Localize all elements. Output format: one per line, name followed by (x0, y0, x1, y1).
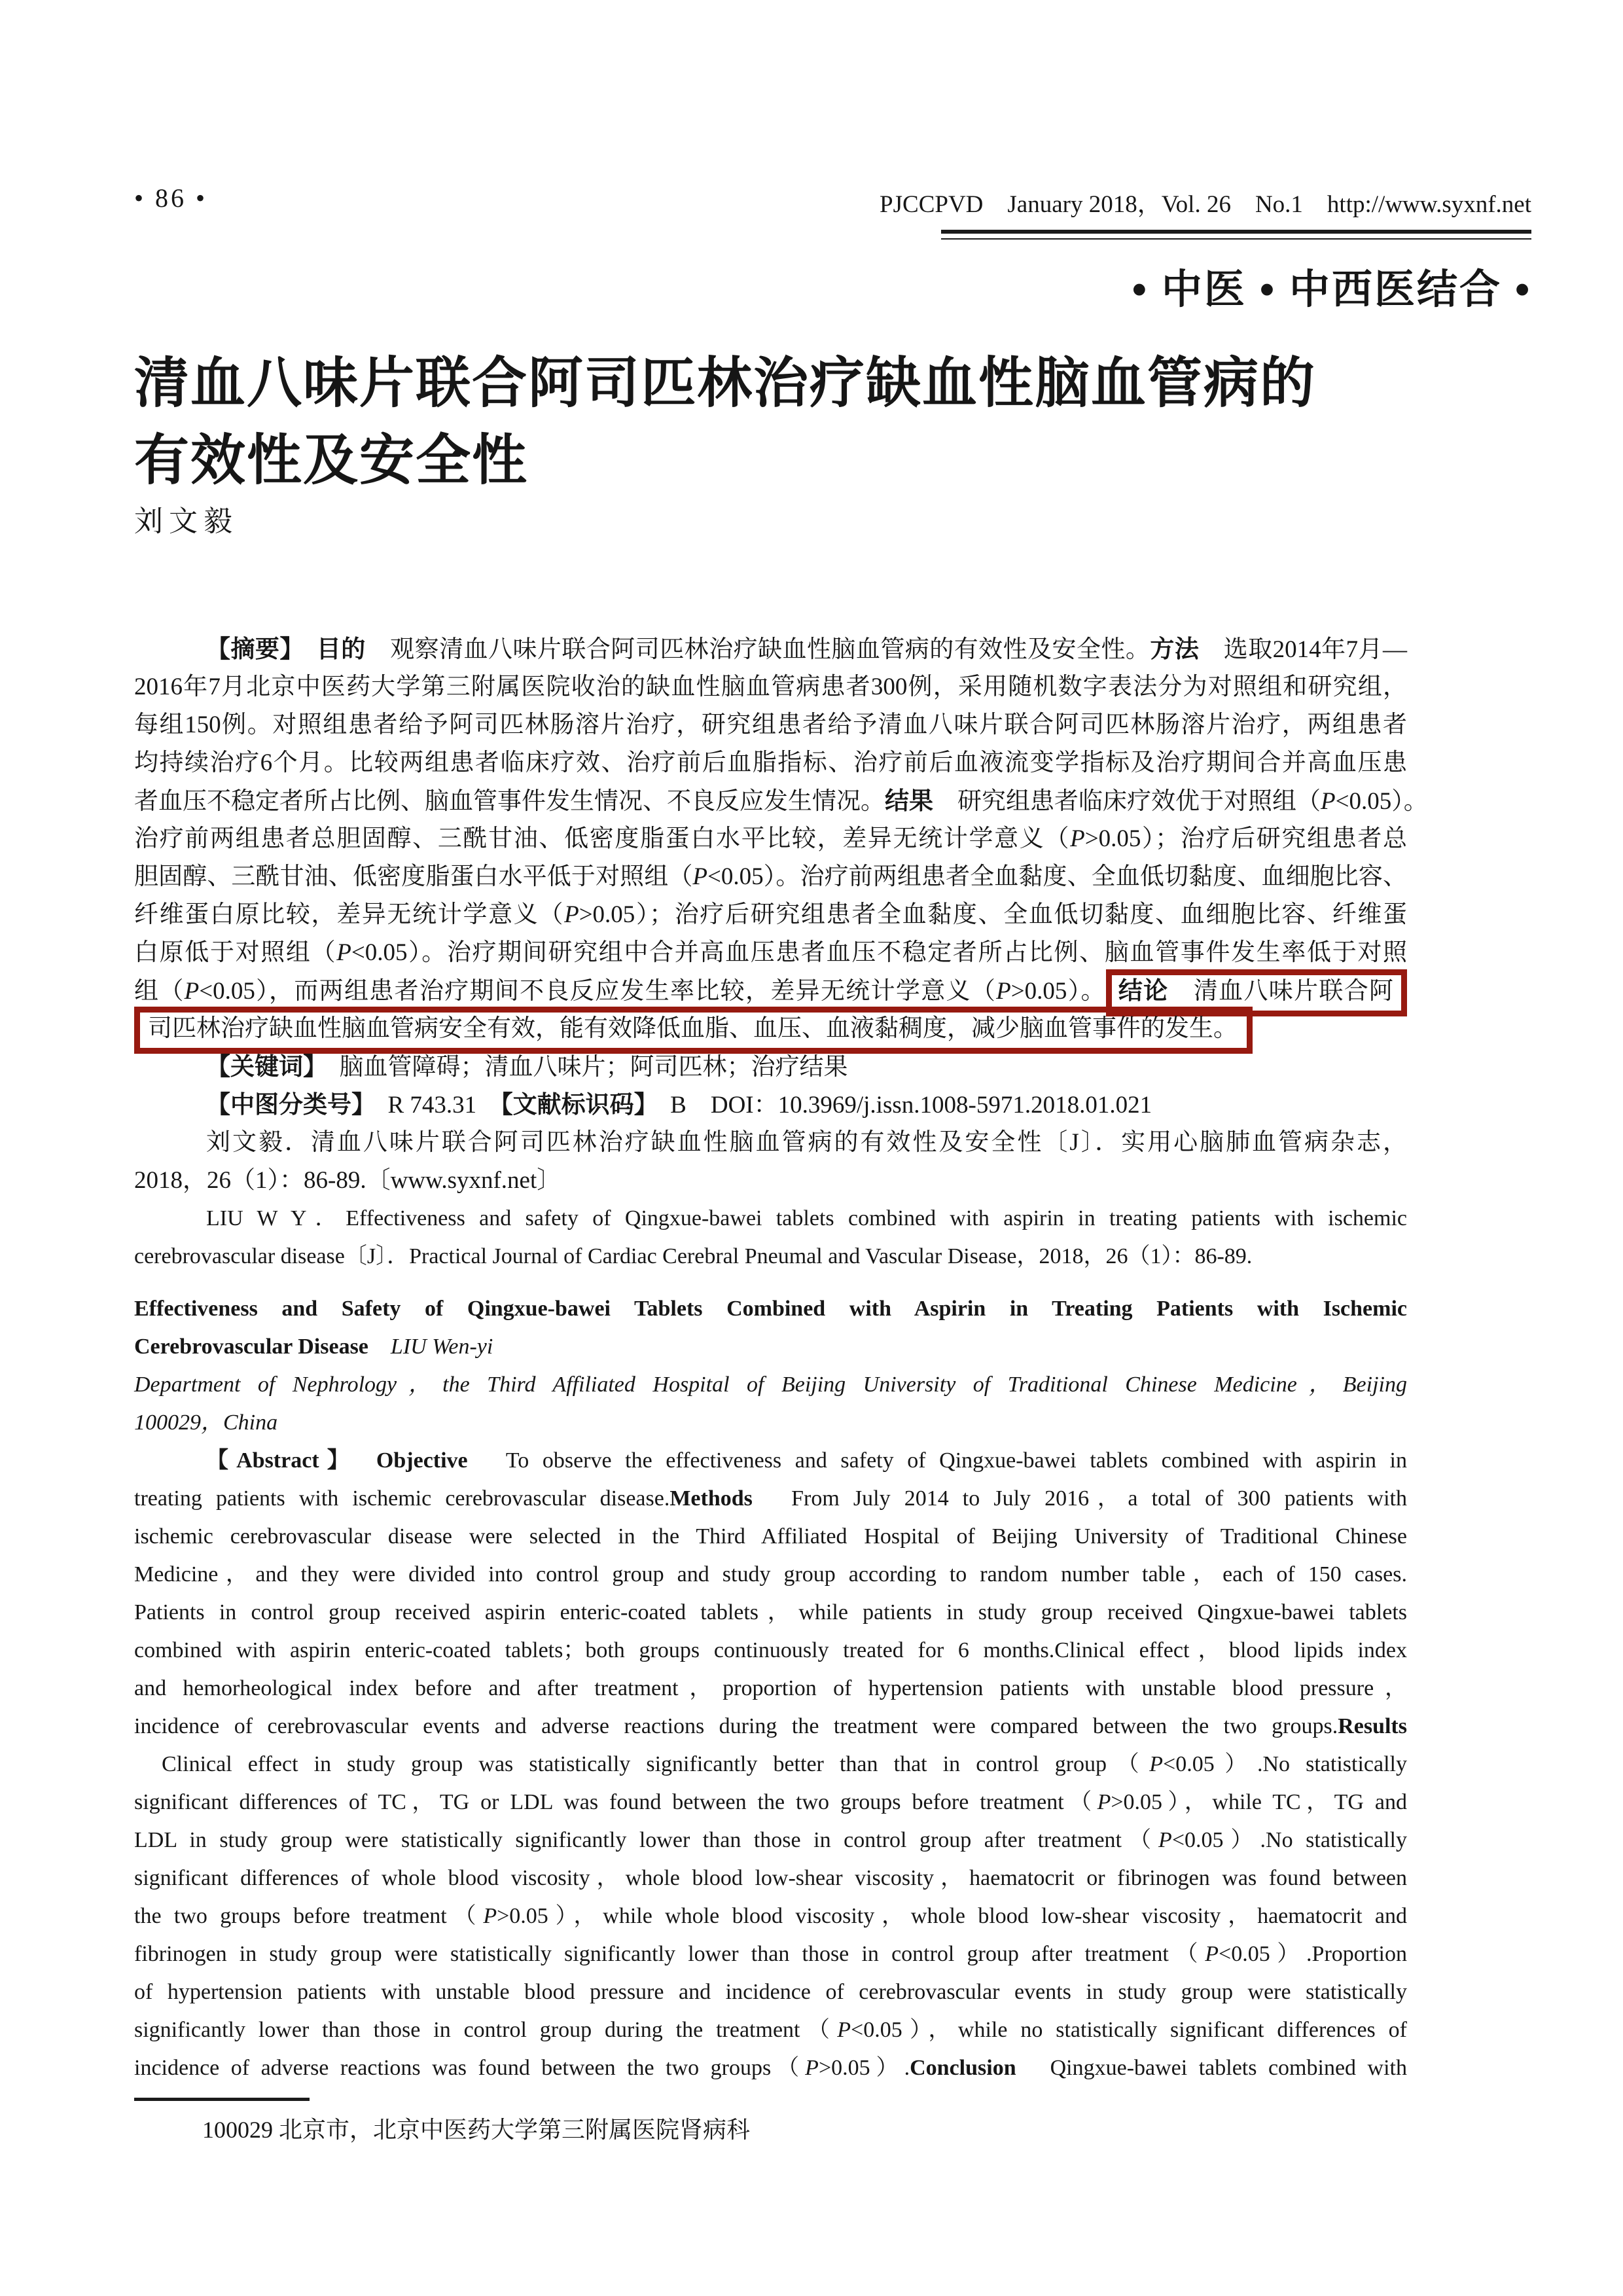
text-line: 纤维蛋白原比较，差异无统计学意义（P>0.05）；治疗后研究组患者全血黏度、全血… (134, 896, 1407, 934)
text-line: 每组150例。对照组患者给予阿司匹林肠溶片治疗，研究组患者给予清血八味片联合阿司… (134, 706, 1407, 744)
text-line: Cerebrovascular Disease LIU Wen-yi (134, 1328, 1407, 1366)
text-run: 100029，China (134, 1410, 277, 1435)
text-run: significantly lower than those in contro… (134, 2018, 837, 2042)
text-run: 均持续治疗6个月。比较两组患者临床疗效、治疗前后血脂指标、治疗前后血液流变学指标… (134, 749, 1407, 776)
text-line: 者血压不稳定者所占比例、脑血管事件发生情况、不良反应发生情况。结果 研究组患者临… (134, 782, 1407, 820)
text-line: and hemorheological index before and aft… (134, 1670, 1407, 1708)
text-run: and hemorheological index before and aft… (134, 1676, 1407, 1700)
text-run: P (1070, 825, 1085, 852)
text-line: 组（P<0.05），而两组患者治疗期间不良反应发生率比较，差异无统计学意义（P>… (134, 972, 1407, 1010)
text-run: the two groups before treatment（ (134, 1904, 483, 1928)
text-line: cerebrovascular disease〔J〕．Practical Jou… (134, 1238, 1407, 1276)
header-rule-thick (941, 230, 1531, 234)
section-label: • 中医 • 中西医结合 • (1132, 257, 1531, 315)
text-line: Clinical effect in study group was stati… (134, 1746, 1407, 1784)
text-line: 治疗前两组患者总胆固醇、三酰甘油、低密度脂蛋白水平比较，差异无统计学意义（P>0… (134, 820, 1407, 858)
bold-run: 【Abstract】 Objective (206, 1448, 468, 1473)
text-run: LIU W Y．Effectiveness and safety of Qing… (206, 1206, 1407, 1230)
bold-run: 【文献标识码】 (501, 1091, 646, 1118)
text-run: >0.05），while whole blood viscosity，whole… (497, 1904, 1407, 1928)
text-run: 清血八味片联合阿 (1169, 978, 1394, 1005)
text-line: fibrinogen in study group were statistic… (134, 1935, 1407, 1973)
text-run: >0.05）. (819, 2056, 910, 2080)
text-run: Qingxue-bawei tablets combined with (1016, 2056, 1407, 2080)
text-run: <0.05）。治疗前两组患者全血黏度、全血低切黏度、血细胞比容、 (707, 863, 1407, 890)
text-run: P (692, 863, 707, 890)
text-run: LDL in study group were statistically si… (134, 1828, 1158, 1852)
text-run: 白原低于对照组（ (134, 939, 336, 966)
text-run: <0.05）.No statistically (1172, 1828, 1407, 1852)
text-line: ischemic cerebrovascular disease were se… (134, 1518, 1407, 1556)
bold-run: 【摘要】 目的 (206, 636, 366, 662)
text-line: 【中图分类号】 R 743.31 【文献标识码】 B DOI：10.3969/j… (134, 1086, 1407, 1124)
text-run: 2016年7月北京中医药大学第三附属医院收治的缺血性脑血管病患者300例，采用随… (134, 673, 1407, 700)
text-line: Patients in control group received aspir… (134, 1594, 1407, 1632)
text-run: combined with aspirin enteric-coated tab… (134, 1638, 1407, 1662)
bold-run: Cerebrovascular Disease (134, 1335, 368, 1359)
bold-run: Conclusion (910, 2056, 1016, 2080)
text-run: P (1321, 788, 1336, 815)
bold-run: 结论 (1118, 977, 1169, 1004)
text-run: LIU Wen-yi (391, 1335, 493, 1359)
text-run: Patients in control group received aspir… (134, 1600, 1407, 1624)
bold-run: Effectiveness and Safety of Qingxue-bawe… (134, 1297, 1407, 1321)
text-run: R 743.31 (364, 1092, 501, 1119)
text-run: P (996, 978, 1011, 1005)
text-run: cerebrovascular disease〔J〕．Practical Jou… (134, 1244, 1252, 1268)
text-line: Medicine，and they were divided into cont… (134, 1556, 1407, 1594)
text-line: 均持续治疗6个月。比较两组患者临床疗效、治疗前后血脂指标、治疗前后血液流变学指标… (134, 744, 1407, 782)
text-run: 胆固醇、三酰甘油、低密度脂蛋白水平低于对照组（ (134, 863, 692, 890)
bold-run: Methods (669, 1486, 753, 1511)
text-line: 2016年7月北京中医药大学第三附属医院收治的缺血性脑血管病患者300例，采用随… (134, 668, 1407, 706)
text-line: 司匹林治疗缺血性脑血管病安全有效，能有效降低血脂、血压、血液黏稠度，减少脑血管事… (134, 1010, 1407, 1048)
text-line: combined with aspirin enteric-coated tab… (134, 1632, 1407, 1670)
text-run: P (837, 2018, 851, 2042)
text-run: 刘文毅．清血八味片联合阿司匹林治疗缺血性脑血管病的有效性及安全性〔J〕．实用心脑… (206, 1129, 1407, 1156)
text-run: 选取2014年7月— (1199, 636, 1407, 663)
text-run: P (1097, 1790, 1111, 1814)
text-run: 治疗前两组患者总胆固醇、三酰甘油、低密度脂蛋白水平比较，差异无统计学意义（ (134, 825, 1070, 852)
text-run: Medicine，and they were divided into cont… (134, 1562, 1407, 1587)
bold-run: 方法 (1150, 636, 1199, 662)
text-run: 研究组患者临床疗效优于对照组（ (933, 788, 1321, 815)
text-line: treating patients with ischemic cerebrov… (134, 1480, 1407, 1518)
text-run: ischemic cerebrovascular disease were se… (134, 1524, 1407, 1549)
text-run: >0.05），while TC，TG and (1111, 1790, 1407, 1814)
title-line-1: 清血八味片联合阿司匹林治疗缺血性脑血管病的 (134, 352, 1316, 414)
text-line: Effectiveness and Safety of Qingxue-bawe… (134, 1290, 1407, 1328)
text-run: significant differences of whole blood v… (134, 1866, 1407, 1890)
author-name: 刘文毅 (134, 497, 238, 539)
text-run: P (185, 978, 200, 1005)
text-run: incidence of cerebrovascular events and … (134, 1714, 1338, 1738)
text-run: fibrinogen in study group were statistic… (134, 1942, 1205, 1966)
text-run: <0.05），while no statistically significan… (851, 2018, 1407, 2042)
text-run: >0.05）；治疗后研究组患者全血黏度、全血低切黏度、血细胞比容、纤维蛋 (579, 901, 1407, 928)
article-title: 清血八味片联合阿司匹林治疗缺血性脑血管病的有效性及安全性 (134, 344, 1316, 499)
text-run: <0.05）.Proportion (1219, 1942, 1407, 1966)
text-run: of hypertension patients with unstable b… (134, 1980, 1407, 2004)
text-line: LDL in study group were statistically si… (134, 1821, 1407, 1859)
text-run: treating patients with ischemic cerebrov… (134, 1486, 669, 1511)
text-run: 组（ (134, 978, 185, 1005)
text-run: From July 2014 to July 2016，a total of 3… (753, 1486, 1407, 1511)
text-run: P (1149, 1752, 1163, 1776)
text-run: 司匹林治疗缺血性脑血管病安全有效，能有效降低血脂、血压、血液黏稠度，减少脑血管事… (148, 1015, 1238, 1042)
text-run: P (564, 901, 579, 928)
text-line: 白原低于对照组（P<0.05）。治疗期间研究组中合并高血压患者血压不稳定者所占比… (134, 934, 1407, 972)
text-line: 刘文毅．清血八味片联合阿司匹林治疗缺血性脑血管病的有效性及安全性〔J〕．实用心脑… (134, 1124, 1407, 1162)
footnote-rule (134, 2098, 310, 2101)
text-run: 观察清血八味片联合阿司匹林治疗缺血性脑血管病的有效性及安全性。 (366, 636, 1150, 663)
header-rule-thin (941, 238, 1531, 240)
text-run: Department of Nephrology，the Third Affil… (134, 1372, 1407, 1397)
text-line: incidence of adverse reactions was found… (134, 2049, 1407, 2087)
text-run: <0.05）.No statistically (1163, 1752, 1407, 1776)
conclusion-highlight-box: 司匹林治疗缺血性脑血管病安全有效，能有效降低血脂、血压、血液黏稠度，减少脑血管事… (134, 1007, 1253, 1054)
text-run: P (336, 939, 351, 966)
journal-page: • 86 • PJCCPVD January 2018，Vol. 26 No.1… (0, 0, 1623, 2296)
text-line: Department of Nephrology，the Third Affil… (134, 1366, 1407, 1404)
text-line: incidence of cerebrovascular events and … (134, 1708, 1407, 1746)
page-number: • 86 • (134, 183, 207, 213)
text-run: 纤维蛋白原比较，差异无统计学意义（ (134, 901, 564, 928)
text-run: 每组150例。对照组患者给予阿司匹林肠溶片治疗，研究组患者给予清血八味片联合阿司… (134, 711, 1407, 738)
text-line: significant differences of TC，TG or LDL … (134, 1784, 1407, 1821)
text-line: significantly lower than those in contro… (134, 2011, 1407, 2049)
text-run: P (1158, 1828, 1172, 1852)
text-run: 者血压不稳定者所占比例、脑血管事件发生情况、不良反应发生情况。 (134, 788, 885, 815)
text-run: 2018，26（1）：86-89.〔www.syxnf.net〕 (134, 1167, 561, 1194)
text-line: 【Abstract】 Objective To observe the effe… (134, 1442, 1407, 1480)
text-run: >0.05）；治疗后研究组患者总 (1085, 825, 1407, 852)
bold-run: 【中图分类号】 (206, 1091, 364, 1118)
body-text: 【摘要】 目的 观察清血八味片联合阿司匹林治疗缺血性脑血管病的有效性及安全性。方… (134, 630, 1407, 2087)
text-run: incidence of adverse reactions was found… (134, 2056, 805, 2080)
text-run (368, 1335, 391, 1359)
text-line: LIU W Y．Effectiveness and safety of Qing… (134, 1200, 1407, 1238)
text-run: Clinical effect in study group was stati… (162, 1752, 1149, 1776)
text-line: 100029，China (134, 1404, 1407, 1442)
text-line: 【摘要】 目的 观察清血八味片联合阿司匹林治疗缺血性脑血管病的有效性及安全性。方… (134, 630, 1407, 668)
text-run: To observe the effectiveness and safety … (468, 1448, 1407, 1473)
bold-run: 结果 (885, 787, 933, 814)
text-line: 2018，26（1）：86-89.〔www.syxnf.net〕 (134, 1162, 1407, 1200)
text-run: <0.05）。 (1336, 788, 1428, 815)
text-line: of hypertension patients with unstable b… (134, 1973, 1407, 2011)
bold-run: Results (1338, 1714, 1407, 1738)
text-run: <0.05），而两组患者治疗期间不良反应发生率比较，差异无统计学意义（ (199, 978, 996, 1005)
title-line-2: 有效性及安全性 (134, 429, 528, 491)
text-run: >0.05）。 (1011, 978, 1106, 1005)
text-line: 胆固醇、三酰甘油、低密度脂蛋白水平低于对照组（P<0.05）。治疗前两组患者全血… (134, 858, 1407, 896)
bold-run: 【关键词】 (206, 1053, 315, 1080)
text-run: B DOI：10.3969/j.issn.1008-5971.2018.01.0… (646, 1092, 1152, 1119)
text-run: <0.05）。治疗期间研究组中合并高血压患者血压不稳定者所占比例、脑血管事件发生… (351, 939, 1407, 966)
text-run: P (483, 1904, 497, 1928)
footnote-affiliation: 100029 北京市，北京中医药大学第三附属医院肾病科 (134, 2111, 1407, 2145)
text-run: P (1205, 1942, 1219, 1966)
text-line: significant differences of whole blood v… (134, 1859, 1407, 1897)
journal-header-info: PJCCPVD January 2018，Vol. 26 No.1 http:/… (880, 184, 1531, 219)
text-line: the two groups before treatment（P>0.05），… (134, 1897, 1407, 1935)
text-run: 脑血管障碍；清血八味片；阿司匹林；治疗结果 (315, 1054, 848, 1081)
text-run: P (805, 2056, 819, 2080)
text-run: significant differences of TC，TG or LDL … (134, 1790, 1097, 1814)
